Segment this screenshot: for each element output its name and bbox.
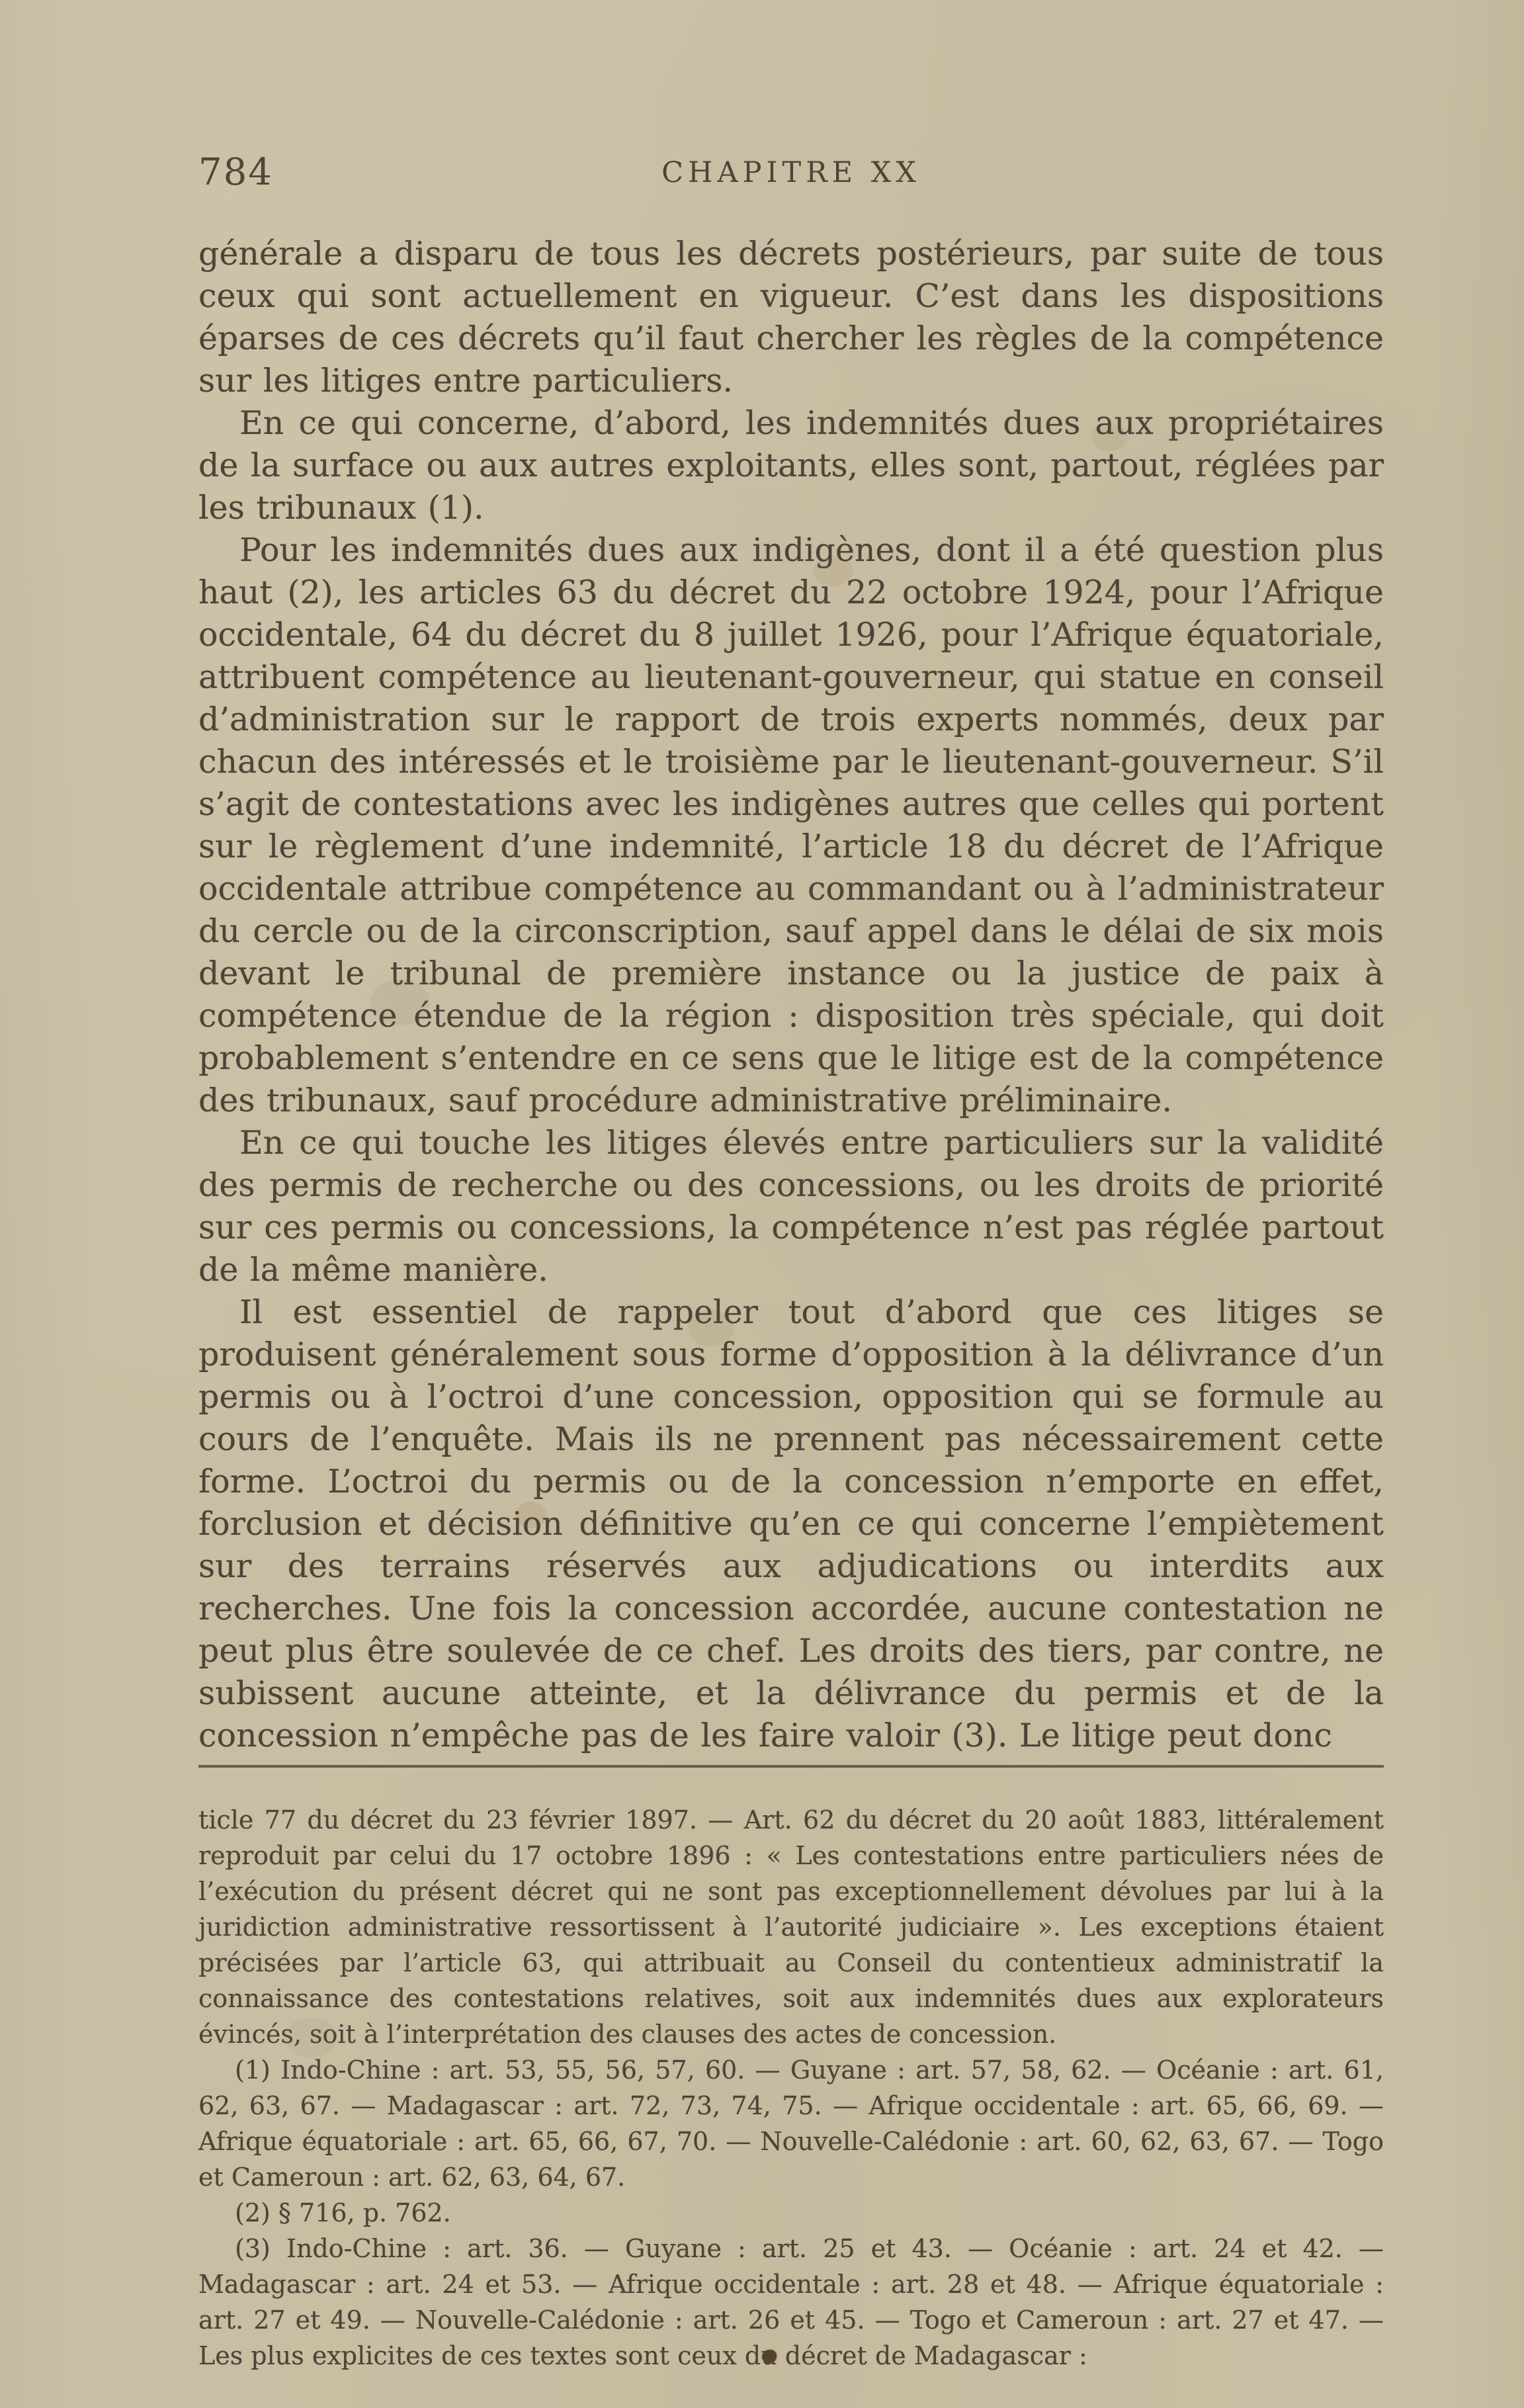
- text-column: 784 CHAPITRE XX générale a disparu de to…: [198, 151, 1384, 2374]
- footnote-separator-rule: [198, 1765, 1384, 1768]
- footnote-item: (3) Indo-Chine : art. 36. — Guyane : art…: [198, 2231, 1384, 2374]
- book-page: 784 CHAPITRE XX générale a disparu de to…: [0, 0, 1524, 2408]
- paragraph: En ce qui touche les litiges élevés entr…: [198, 1122, 1384, 1291]
- footnote-label: (3): [235, 2234, 271, 2263]
- chapter-title: CHAPITRE XX: [198, 156, 1384, 189]
- main-text: générale a disparu de tous les décrets p…: [198, 233, 1384, 1757]
- paragraph: Il est essentiel de rappeler tout d’abor…: [198, 1291, 1384, 1757]
- page-header: 784 CHAPITRE XX: [198, 151, 1384, 194]
- paragraph: En ce qui concerne, d’abord, les indemni…: [198, 402, 1384, 529]
- footnote-item: (1) Indo-Chine : art. 53, 55, 56, 57, 60…: [198, 2052, 1384, 2195]
- footnote-text: § 716, p. 762.: [278, 2198, 451, 2227]
- footnote-continuation: ticle 77 du décret du 23 février 1897. —…: [198, 1802, 1384, 2052]
- ink-spot: [762, 2350, 777, 2363]
- footnote-item: (2) § 716, p. 762.: [198, 2195, 1384, 2231]
- footnotes: ticle 77 du décret du 23 février 1897. —…: [198, 1802, 1384, 2374]
- footnote-text: Indo-Chine : art. 36. — Guyane : art. 25…: [198, 2234, 1384, 2370]
- footnote-text: Indo-Chine : art. 53, 55, 56, 57, 60. — …: [198, 2055, 1384, 2192]
- paragraph: Pour les indemnités dues aux indigènes, …: [198, 529, 1384, 1122]
- footnote-label: (1): [235, 2055, 271, 2085]
- footnote-label: (2): [235, 2198, 271, 2227]
- paragraph: générale a disparu de tous les décrets p…: [198, 233, 1384, 402]
